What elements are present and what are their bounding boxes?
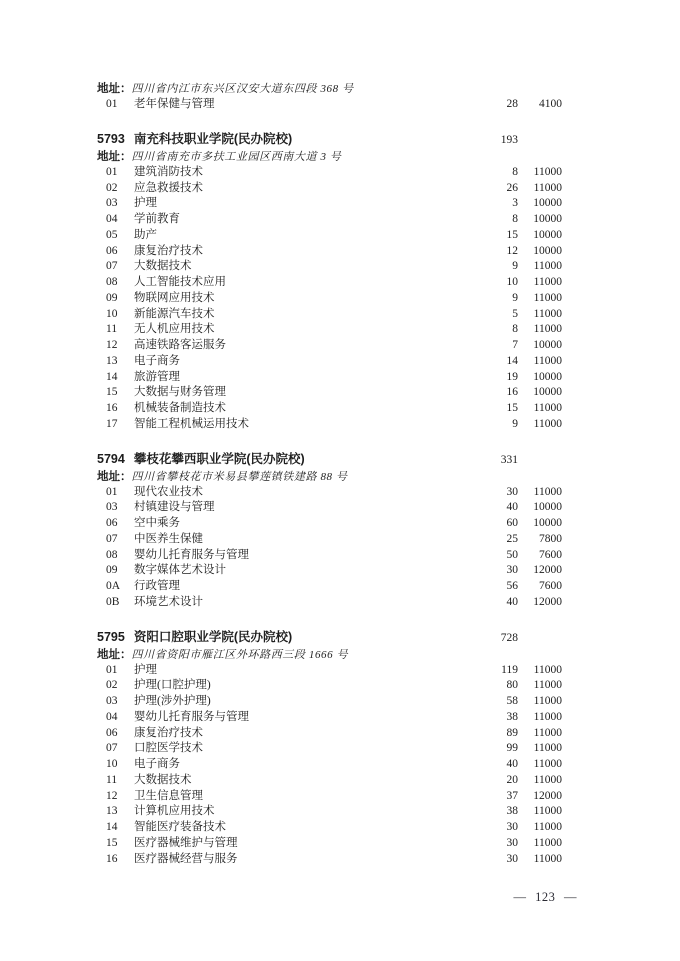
major-plan-count: 26 — [478, 181, 518, 197]
major-plan-count: 30 — [478, 836, 518, 852]
major-plan-count: 56 — [478, 579, 518, 595]
major-code: 03 — [106, 196, 125, 212]
major-plan-count: 40 — [478, 757, 518, 773]
major-plan-count: 30 — [478, 485, 518, 501]
major-plan-count: 12 — [478, 244, 518, 260]
major-plan-count: 38 — [478, 710, 518, 726]
major-plan-count: 28 — [478, 97, 518, 113]
major-plan-count: 30 — [478, 563, 518, 579]
major-row: 09 物联网应用技术 9 11000 — [97, 291, 562, 307]
major-row: 10 电子商务 40 11000 — [97, 757, 562, 773]
institution-code: 5795 — [97, 628, 125, 646]
major-code: 15 — [106, 836, 125, 852]
address-text: 四川省南充市多扶工业园区西南大道 3 号 — [132, 151, 342, 163]
address-text: 四川省攀枝花市米易县攀莲镇铁建路 88 号 — [132, 471, 348, 483]
major-name: 卫生信息管理 — [125, 789, 478, 805]
major-code: 14 — [106, 370, 125, 386]
major-tuition-fee: 11000 — [518, 757, 562, 773]
major-code: 03 — [106, 500, 125, 516]
major-name: 智能工程机械运用技术 — [125, 417, 478, 433]
major-tuition-fee: 10000 — [518, 385, 562, 401]
major-code: 01 — [106, 663, 125, 679]
major-name: 大数据与财务管理 — [125, 385, 478, 401]
major-list: 01 现代农业技术 30 11000 03 村镇建设与管理 40 10000 0… — [97, 485, 562, 611]
major-tuition-fee: 10000 — [518, 500, 562, 516]
major-name: 旅游管理 — [125, 370, 478, 386]
major-tuition-fee: 10000 — [518, 244, 562, 260]
major-tuition-fee: 11000 — [518, 401, 562, 417]
major-name: 助产 — [125, 228, 478, 244]
major-row: 07 大数据技术 9 11000 — [97, 259, 562, 275]
major-row: 16 医疗器械经营与服务 30 11000 — [97, 852, 562, 868]
major-code: 04 — [106, 212, 125, 228]
institution-header: 5795 资阳口腔职业学院(民办院校) 728 — [97, 628, 562, 646]
major-code: 09 — [106, 563, 125, 579]
major-list: 01 护理 119 11000 02 护理(口腔护理) 80 11000 03 … — [97, 663, 562, 868]
major-name: 村镇建设与管理 — [125, 500, 478, 516]
major-row: 12 高速铁路客运服务 7 10000 — [97, 338, 562, 354]
major-row: 15 大数据与财务管理 16 10000 — [97, 385, 562, 401]
major-plan-count: 9 — [478, 291, 518, 307]
major-tuition-fee: 10000 — [518, 196, 562, 212]
major-code: 06 — [106, 516, 125, 532]
major-plan-count: 25 — [478, 532, 518, 548]
major-plan-count: 15 — [478, 228, 518, 244]
major-row: 11 大数据技术 20 11000 — [97, 773, 562, 789]
major-plan-count: 3 — [478, 196, 518, 212]
major-row: 02 应急救援技术 26 11000 — [97, 181, 562, 197]
major-row: 06 空中乘务 60 10000 — [97, 516, 562, 532]
major-tuition-fee: 11000 — [518, 836, 562, 852]
major-plan-count: 60 — [478, 516, 518, 532]
major-code: 05 — [106, 228, 125, 244]
institution-code: 5793 — [97, 130, 125, 148]
major-tuition-fee: 10000 — [518, 212, 562, 228]
major-code: 01 — [106, 485, 125, 501]
major-name: 智能医疗装备技术 — [125, 820, 478, 836]
major-tuition-fee: 11000 — [518, 291, 562, 307]
address-line: 地址：四川省南充市多扶工业园区西南大道 3 号 — [97, 149, 562, 165]
major-code: 16 — [106, 401, 125, 417]
major-code: 12 — [106, 338, 125, 354]
major-tuition-fee: 11000 — [518, 259, 562, 275]
address-text: 四川省资阳市雁江区外环路西三段 1666 号 — [132, 649, 349, 661]
address-label: 地址： — [97, 649, 132, 661]
major-tuition-fee: 10000 — [518, 338, 562, 354]
major-row: 01 老年保健与管理 28 4100 — [97, 97, 562, 113]
major-plan-count: 20 — [478, 773, 518, 789]
major-name: 医疗器械维护与管理 — [125, 836, 478, 852]
major-tuition-fee: 11000 — [518, 773, 562, 789]
major-tuition-fee: 10000 — [518, 370, 562, 386]
major-row: 08 婴幼儿托育服务与管理 50 7600 — [97, 548, 562, 564]
institution-total-plan: 331 — [478, 451, 518, 469]
major-plan-count: 99 — [478, 741, 518, 757]
major-tuition-fee: 11000 — [518, 710, 562, 726]
major-tuition-fee: 7600 — [518, 579, 562, 595]
institution-total-plan: 193 — [478, 131, 518, 149]
major-code: 17 — [106, 417, 125, 433]
major-name: 口腔医学技术 — [125, 741, 478, 757]
major-row: 01 建筑消防技术 8 11000 — [97, 165, 562, 181]
institution-header: 5793 南充科技职业学院(民办院校) 193 — [97, 130, 562, 148]
major-plan-count: 8 — [478, 212, 518, 228]
major-name: 建筑消防技术 — [125, 165, 478, 181]
major-code: 02 — [106, 181, 125, 197]
major-name: 学前教育 — [125, 212, 478, 228]
major-plan-count: 9 — [478, 417, 518, 433]
major-plan-count: 19 — [478, 370, 518, 386]
major-name: 护理 — [125, 663, 478, 679]
major-row: 07 口腔医学技术 99 11000 — [97, 741, 562, 757]
major-tuition-fee: 7800 — [518, 532, 562, 548]
major-name: 康复治疗技术 — [125, 244, 478, 260]
major-code: 0B — [106, 595, 125, 611]
major-tuition-fee: 11000 — [518, 694, 562, 710]
major-name: 婴幼儿托育服务与管理 — [125, 548, 478, 564]
major-code: 09 — [106, 291, 125, 307]
major-row: 08 人工智能技术应用 10 11000 — [97, 275, 562, 291]
major-name: 现代农业技术 — [125, 485, 478, 501]
major-name: 电子商务 — [125, 354, 478, 370]
major-plan-count: 50 — [478, 548, 518, 564]
address-line: 地址：四川省资阳市雁江区外环路西三段 1666 号 — [97, 647, 562, 663]
major-row: 0B 环境艺术设计 40 12000 — [97, 595, 562, 611]
address-label: 地址： — [97, 151, 132, 163]
major-name: 环境艺术设计 — [125, 595, 478, 611]
address-label: 地址： — [97, 471, 132, 483]
page-content: 地址：四川省内江市东兴区汉安大道东四段 368 号 01 老年保健与管理 28 … — [97, 81, 562, 867]
major-plan-count: 5 — [478, 307, 518, 323]
major-code: 07 — [106, 532, 125, 548]
major-code: 11 — [106, 322, 125, 338]
major-row: 14 智能医疗装备技术 30 11000 — [97, 820, 562, 836]
major-name: 行政管理 — [125, 579, 478, 595]
major-plan-count: 80 — [478, 678, 518, 694]
major-tuition-fee: 11000 — [518, 726, 562, 742]
major-code: 03 — [106, 694, 125, 710]
major-name: 护理(涉外护理) — [125, 694, 478, 710]
institution-name: 南充科技职业学院(民办院校) — [125, 130, 478, 148]
major-row: 13 电子商务 14 11000 — [97, 354, 562, 370]
major-code: 13 — [106, 354, 125, 370]
major-code: 15 — [106, 385, 125, 401]
major-code: 04 — [106, 710, 125, 726]
major-tuition-fee: 12000 — [518, 789, 562, 805]
major-code: 07 — [106, 741, 125, 757]
major-row: 0A 行政管理 56 7600 — [97, 579, 562, 595]
major-row: 02 护理(口腔护理) 80 11000 — [97, 678, 562, 694]
major-row: 03 护理(涉外护理) 58 11000 — [97, 694, 562, 710]
major-tuition-fee: 11000 — [518, 485, 562, 501]
major-name: 护理 — [125, 196, 478, 212]
major-code: 06 — [106, 726, 125, 742]
address-line: 地址：四川省内江市东兴区汉安大道东四段 368 号 — [97, 81, 562, 97]
major-plan-count: 40 — [478, 500, 518, 516]
major-code: 01 — [106, 97, 125, 113]
major-tuition-fee: 11000 — [518, 181, 562, 197]
major-plan-count: 89 — [478, 726, 518, 742]
institution-section: 5795 资阳口腔职业学院(民办院校) 728 地址：四川省资阳市雁江区外环路西… — [97, 628, 562, 868]
major-row: 14 旅游管理 19 10000 — [97, 370, 562, 386]
major-tuition-fee: 12000 — [518, 595, 562, 611]
major-tuition-fee: 4100 — [518, 97, 562, 113]
major-name: 婴幼儿托育服务与管理 — [125, 710, 478, 726]
major-name: 大数据技术 — [125, 259, 478, 275]
major-plan-count: 119 — [478, 663, 518, 679]
major-plan-count: 7 — [478, 338, 518, 354]
major-code: 10 — [106, 307, 125, 323]
major-tuition-fee: 11000 — [518, 741, 562, 757]
major-plan-count: 37 — [478, 789, 518, 805]
major-name: 新能源汽车技术 — [125, 307, 478, 323]
major-code: 12 — [106, 789, 125, 805]
major-name: 康复治疗技术 — [125, 726, 478, 742]
institution-name: 攀枝花攀西职业学院(民办院校) — [125, 450, 478, 468]
major-plan-count: 8 — [478, 165, 518, 181]
major-name: 医疗器械经营与服务 — [125, 852, 478, 868]
major-name: 物联网应用技术 — [125, 291, 478, 307]
major-tuition-fee: 11000 — [518, 678, 562, 694]
major-plan-count: 40 — [478, 595, 518, 611]
major-name: 计算机应用技术 — [125, 804, 478, 820]
major-name: 人工智能技术应用 — [125, 275, 478, 291]
major-code: 02 — [106, 678, 125, 694]
major-plan-count: 38 — [478, 804, 518, 820]
major-code: 0A — [106, 579, 125, 595]
major-tuition-fee: 10000 — [518, 516, 562, 532]
major-tuition-fee: 11000 — [518, 307, 562, 323]
document-page: 地址：四川省内江市东兴区汉安大道东四段 368 号 01 老年保健与管理 28 … — [0, 0, 680, 961]
major-code: 06 — [106, 244, 125, 260]
major-row: 01 现代农业技术 30 11000 — [97, 485, 562, 501]
major-code: 13 — [106, 804, 125, 820]
major-row: 06 康复治疗技术 12 10000 — [97, 244, 562, 260]
major-row: 10 新能源汽车技术 5 11000 — [97, 307, 562, 323]
major-row: 01 护理 119 11000 — [97, 663, 562, 679]
major-row: 05 助产 15 10000 — [97, 228, 562, 244]
major-code: 11 — [106, 773, 125, 789]
institution-name: 资阳口腔职业学院(民办院校) — [125, 628, 478, 646]
major-code: 08 — [106, 548, 125, 564]
major-plan-count: 15 — [478, 401, 518, 417]
major-tuition-fee: 11000 — [518, 165, 562, 181]
major-row: 17 智能工程机械运用技术 9 11000 — [97, 417, 562, 433]
major-tuition-fee: 10000 — [518, 228, 562, 244]
major-row: 06 康复治疗技术 89 11000 — [97, 726, 562, 742]
major-plan-count: 58 — [478, 694, 518, 710]
major-code: 16 — [106, 852, 125, 868]
major-plan-count: 30 — [478, 820, 518, 836]
major-code: 01 — [106, 165, 125, 181]
major-plan-count: 14 — [478, 354, 518, 370]
institution-total-plan: 728 — [478, 629, 518, 647]
institution-section: 地址：四川省内江市东兴区汉安大道东四段 368 号 01 老年保健与管理 28 … — [97, 81, 562, 113]
major-name: 应急救援技术 — [125, 181, 478, 197]
major-code: 07 — [106, 259, 125, 275]
major-tuition-fee: 11000 — [518, 275, 562, 291]
major-code: 10 — [106, 757, 125, 773]
major-row: 12 卫生信息管理 37 12000 — [97, 789, 562, 805]
major-row: 04 学前教育 8 10000 — [97, 212, 562, 228]
major-name: 护理(口腔护理) — [125, 678, 478, 694]
major-name: 空中乘务 — [125, 516, 478, 532]
major-name: 数字媒体艺术设计 — [125, 563, 478, 579]
major-name: 高速铁路客运服务 — [125, 338, 478, 354]
major-code: 08 — [106, 275, 125, 291]
major-name: 大数据技术 — [125, 773, 478, 789]
major-tuition-fee: 11000 — [518, 804, 562, 820]
major-plan-count: 10 — [478, 275, 518, 291]
major-plan-count: 9 — [478, 259, 518, 275]
major-row: 04 婴幼儿托育服务与管理 38 11000 — [97, 710, 562, 726]
institution-header: 5794 攀枝花攀西职业学院(民办院校) 331 — [97, 450, 562, 468]
major-row: 16 机械装备制造技术 15 11000 — [97, 401, 562, 417]
major-tuition-fee: 11000 — [518, 663, 562, 679]
major-list: 01 建筑消防技术 8 11000 02 应急救援技术 26 11000 03 … — [97, 165, 562, 433]
major-plan-count: 8 — [478, 322, 518, 338]
major-tuition-fee: 11000 — [518, 417, 562, 433]
page-number: — 123 — — [514, 890, 578, 905]
major-row: 15 医疗器械维护与管理 30 11000 — [97, 836, 562, 852]
major-tuition-fee: 11000 — [518, 322, 562, 338]
major-name: 电子商务 — [125, 757, 478, 773]
major-plan-count: 30 — [478, 852, 518, 868]
major-row: 09 数字媒体艺术设计 30 12000 — [97, 563, 562, 579]
major-name: 机械装备制造技术 — [125, 401, 478, 417]
major-plan-count: 16 — [478, 385, 518, 401]
major-row: 03 护理 3 10000 — [97, 196, 562, 212]
major-tuition-fee: 11000 — [518, 820, 562, 836]
major-tuition-fee: 11000 — [518, 852, 562, 868]
major-tuition-fee: 12000 — [518, 563, 562, 579]
institution-section: 5794 攀枝花攀西职业学院(民办院校) 331 地址：四川省攀枝花市米易县攀莲… — [97, 450, 562, 611]
major-list: 01 老年保健与管理 28 4100 — [97, 97, 562, 113]
major-row: 13 计算机应用技术 38 11000 — [97, 804, 562, 820]
institution-section: 5793 南充科技职业学院(民办院校) 193 地址：四川省南充市多扶工业园区西… — [97, 130, 562, 433]
address-label: 地址： — [97, 83, 132, 95]
major-row: 11 无人机应用技术 8 11000 — [97, 322, 562, 338]
major-code: 14 — [106, 820, 125, 836]
major-name: 老年保健与管理 — [125, 97, 478, 113]
major-tuition-fee: 7600 — [518, 548, 562, 564]
major-row: 07 中医养生保健 25 7800 — [97, 532, 562, 548]
address-text: 四川省内江市东兴区汉安大道东四段 368 号 — [132, 83, 354, 95]
address-line: 地址：四川省攀枝花市米易县攀莲镇铁建路 88 号 — [97, 469, 562, 485]
major-tuition-fee: 11000 — [518, 354, 562, 370]
major-name: 无人机应用技术 — [125, 322, 478, 338]
major-name: 中医养生保健 — [125, 532, 478, 548]
institution-code: 5794 — [97, 450, 125, 468]
major-row: 03 村镇建设与管理 40 10000 — [97, 500, 562, 516]
